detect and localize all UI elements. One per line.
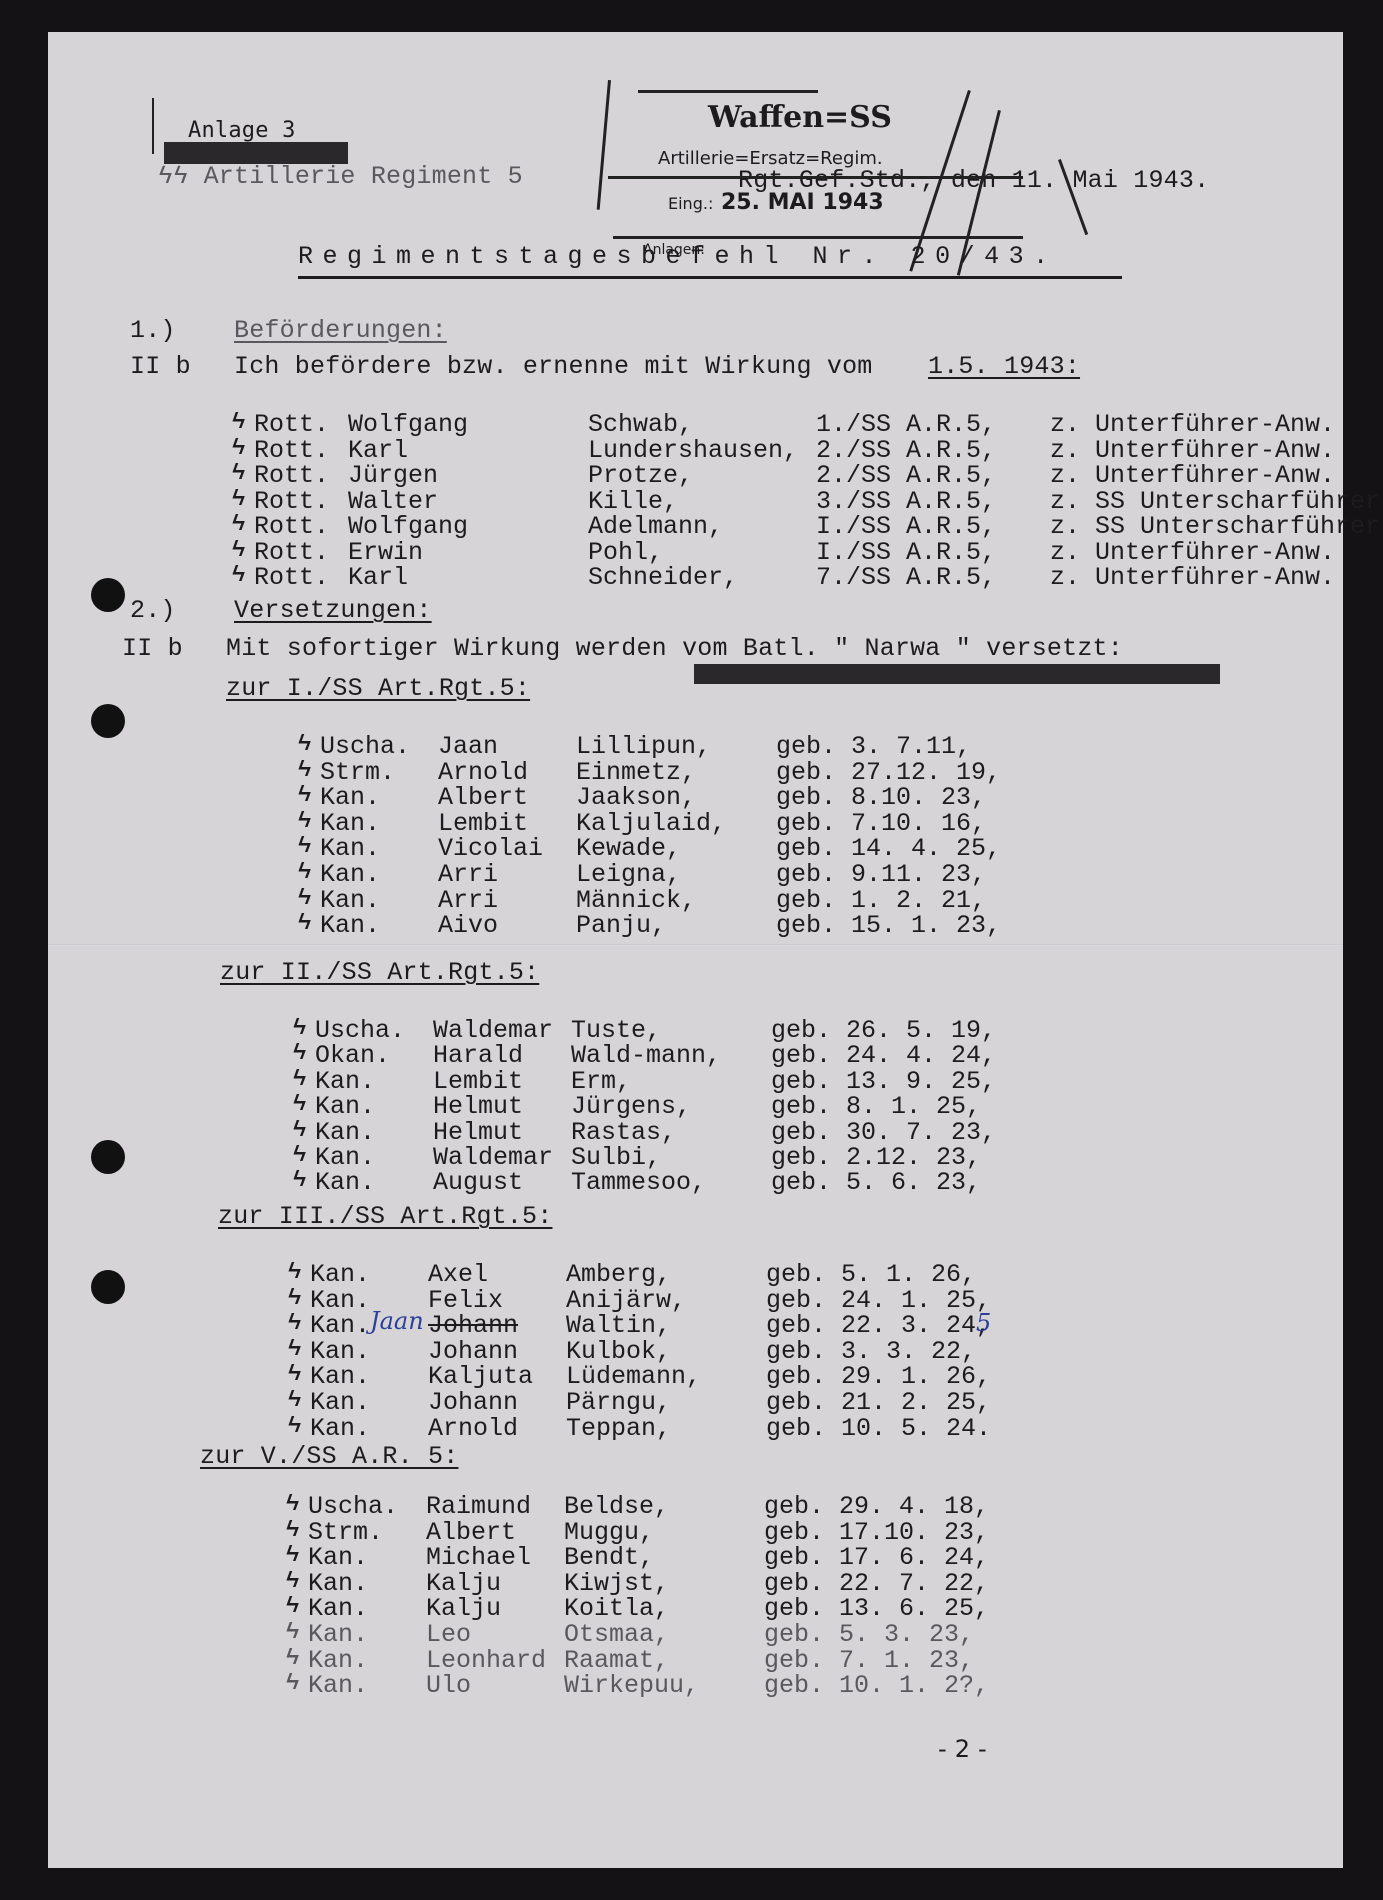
ss-rune-icon: ϟ bbox=[298, 783, 311, 808]
ss-rune-icon: ϟ bbox=[286, 1543, 299, 1568]
transfer-row: ϟKan.AivoPanju,geb. 15. 1. 23, bbox=[298, 911, 1198, 937]
ss-rune-icon: ϟ bbox=[298, 732, 311, 757]
ss-rune-icon: ϟ bbox=[286, 1620, 299, 1645]
ss-rune-icon: ϟ bbox=[232, 538, 245, 563]
stamp-date: Eing.: 25. MAI 1943 bbox=[668, 190, 884, 215]
last-name: Teppan, bbox=[566, 1414, 671, 1443]
handwritten-year-correction: 5 bbox=[976, 1309, 991, 1337]
ss-rune-icon: ϟ bbox=[232, 563, 245, 588]
transfer-row: ϟKan.ArnoldTeppan,geb. 10. 5. 24. bbox=[288, 1414, 1188, 1440]
ss-rune-icon: ϟ bbox=[293, 1041, 306, 1066]
transfer-row: ϟKan.KaljuKiwjst,geb. 22. 7. 22, bbox=[286, 1569, 1186, 1595]
ss-rune-icon: ϟ bbox=[293, 1118, 306, 1143]
section2-intro-prefix: II b bbox=[122, 636, 183, 662]
last-name: Tammesoo, bbox=[571, 1168, 706, 1197]
ss-rune-icon: ϟ bbox=[232, 512, 245, 537]
transfer-row: ϟKan.HelmutRastas,geb. 30. 7. 23, bbox=[293, 1118, 1193, 1144]
birth-date: geb. 10. 1. 2?, bbox=[764, 1671, 989, 1700]
rank: Kan. bbox=[308, 1671, 368, 1700]
effective-date: 1.5. 1943: bbox=[928, 354, 1080, 380]
hole-punch bbox=[91, 1270, 125, 1304]
ss-rune-icon: ϟ bbox=[298, 886, 311, 911]
transfer-row: ϟKan.JohannPärngu,geb. 21. 2. 25, bbox=[288, 1388, 1188, 1414]
rank: Kan. bbox=[315, 1168, 375, 1197]
ss-rune-icon: ϟ bbox=[288, 1286, 301, 1311]
first-name: Arnold bbox=[428, 1414, 518, 1443]
section1-number: 1.) bbox=[130, 318, 176, 344]
last-name: Schneider, bbox=[588, 563, 738, 592]
ss-rune-icon: ϟ bbox=[286, 1671, 299, 1696]
transfer-row: ϟKan.LeonhardRaamat,geb. 7. 1. 23, bbox=[286, 1646, 1186, 1672]
ss-rune-icon: ϟ bbox=[232, 436, 245, 461]
ss-rune-icon: ϟ bbox=[288, 1414, 301, 1439]
ss-rune-icon: ϟ bbox=[232, 487, 245, 512]
document-title: Regimentstagesbefehl Nr. 20/43. bbox=[298, 244, 1058, 270]
ss-rune-icon: ϟ bbox=[286, 1518, 299, 1543]
handwritten-correction: Jaan bbox=[370, 1307, 424, 1335]
ss-rune-icon: ϟ bbox=[298, 834, 311, 859]
transfer-row: ϟKan.LeoOtsmaa,geb. 5. 3. 23, bbox=[286, 1620, 1186, 1646]
ss-rune-icon: ϟ bbox=[288, 1260, 301, 1285]
birth-date: geb. 5. 6. 23, bbox=[771, 1168, 981, 1197]
transfer-row: ϟKan.VicolaiKewade,geb. 14. 4. 25, bbox=[298, 834, 1198, 860]
title-underline bbox=[298, 276, 1122, 279]
section2-heading: Versetzungen: bbox=[234, 598, 432, 624]
promotion-row: ϟRott.KarlSchneider,7./SS A.R.5,z. Unter… bbox=[232, 563, 1332, 589]
first-name: Ulo bbox=[426, 1671, 471, 1700]
ss-rune-icon: ϟ bbox=[298, 860, 311, 885]
birth-date: geb. 10. 5. 24. bbox=[766, 1414, 991, 1443]
ss-rune-icon: ϟ bbox=[293, 1092, 306, 1117]
promotion-row: ϟRott.WalterKille,3./SS A.R.5,z. SS Unte… bbox=[232, 487, 1332, 513]
ss-rune-icon: ϟ bbox=[286, 1569, 299, 1594]
sender-line: ϟϟ Artillerie Regiment 5 bbox=[158, 164, 523, 190]
birth-date: geb. 15. 1. 23, bbox=[776, 911, 1001, 940]
transfer-row: ϟKan.JohannKulbok,geb. 3. 3. 22, bbox=[288, 1337, 1188, 1363]
transfer-row: ϟKan.MichaelBendt,geb. 17. 6. 24, bbox=[286, 1543, 1186, 1569]
received-stamp: Waffen=SS Artillerie=Ersatz=Regim. Eing.… bbox=[608, 90, 1048, 260]
ss-rune-icon: ϟ bbox=[293, 1067, 306, 1092]
stamp-title: Waffen=SS bbox=[708, 100, 892, 135]
transfer-row: ϟKan.LembitErm,geb. 13. 9. 25, bbox=[293, 1067, 1193, 1093]
first-name: Karl bbox=[348, 563, 408, 592]
transfer-row: ϟOkan.HaraldWald-mann,geb. 24. 4. 24, bbox=[293, 1041, 1193, 1067]
last-name: Wirkepuu, bbox=[564, 1671, 699, 1700]
transfer-row: ϟKan.AugustTammesoo,geb. 5. 6. 23, bbox=[293, 1168, 1193, 1194]
ss-rune-icon: ϟ bbox=[232, 461, 245, 486]
transfer-row: ϟUscha.RaimundBeldse,geb. 29. 4. 18, bbox=[286, 1492, 1186, 1518]
ss-rune-icon: ϟ bbox=[286, 1594, 299, 1619]
hole-punch bbox=[91, 704, 125, 738]
first-name: August bbox=[433, 1168, 523, 1197]
fold-line bbox=[48, 944, 1343, 946]
promotion-row: ϟRott.KarlLundershausen,2./SS A.R.5,z. U… bbox=[232, 436, 1332, 462]
ss-rune-icon: ϟ bbox=[293, 1143, 306, 1168]
redaction-bar bbox=[164, 142, 348, 164]
transfer-row: ϟKan.ArriMännick,geb. 1. 2. 21, bbox=[298, 886, 1198, 912]
ss-rune-icon: ϟ bbox=[298, 911, 311, 936]
transfer-row: ϟKan.HelmutJürgens,geb. 8. 1. 25, bbox=[293, 1092, 1193, 1118]
rank: Kan. bbox=[320, 911, 380, 940]
transfer-group-heading: zur III./SS Art.Rgt.5: bbox=[218, 1204, 552, 1230]
transfer-row: ϟStrm.ArnoldEinmetz,geb. 27.12. 19, bbox=[298, 758, 1198, 784]
margin-bracket bbox=[152, 98, 154, 154]
rank: Kan. bbox=[310, 1414, 370, 1443]
transfer-row: ϟKan.ArriLeigna,geb. 9.11. 23, bbox=[298, 860, 1198, 886]
document-page: Anlage 3 ϟϟ Artillerie Regiment 5 Rgt.Ge… bbox=[48, 32, 1343, 1868]
redaction-bar bbox=[694, 664, 1220, 684]
promotion-row: ϟRott.ErwinPohl,I./SS A.R.5,z. Unterführ… bbox=[232, 538, 1332, 564]
transfer-group-heading: zur I./SS Art.Rgt.5: bbox=[226, 676, 530, 702]
ss-rune-icon: ϟ bbox=[288, 1362, 301, 1387]
transfer-row: ϟUscha.JaanLillipun,geb. 3. 7.11, bbox=[298, 732, 1198, 758]
transfer-group-heading: zur V./SS A.R. 5: bbox=[200, 1444, 458, 1470]
transfer-row: ϟStrm.AlbertMuggu,geb. 17.10. 23, bbox=[286, 1518, 1186, 1544]
rank: Rott. bbox=[254, 563, 329, 592]
section1-intro-prefix: II b bbox=[130, 354, 191, 380]
transfer-row: ϟKan.WaldemarSulbi,geb. 2.12. 23, bbox=[293, 1143, 1193, 1169]
promotion-row: ϟRott.WolfgangSchwab,1./SS A.R.5,z. Unte… bbox=[232, 410, 1332, 436]
section1-heading: Beförderungen: bbox=[234, 318, 447, 344]
transfer-row: ϟKan.AxelAmberg,geb. 5. 1. 26, bbox=[288, 1260, 1188, 1286]
section2-intro: Mit sofortiger Wirkung werden vom Batl. … bbox=[226, 636, 1123, 662]
stamp-unit: Artillerie=Ersatz=Regim. bbox=[658, 148, 883, 169]
transfer-row: ϟKan.JohannWaltin,geb. 22. 3. 24,Jaan5 bbox=[288, 1311, 1188, 1337]
promoted-to: z. Unterführer-Anw. bbox=[1050, 563, 1335, 592]
last-name: Panju, bbox=[576, 911, 666, 940]
ss-rune-icon: ϟ bbox=[288, 1311, 301, 1336]
ss-rune-icon: ϟ bbox=[298, 809, 311, 834]
page-number: - 2 - bbox=[938, 1736, 987, 1762]
transfer-row: ϟKan.AlbertJaakson,geb. 8.10. 23, bbox=[298, 783, 1198, 809]
transfer-row: ϟKan.UloWirkepuu,geb. 10. 1. 2?, bbox=[286, 1671, 1186, 1697]
signature-stroke bbox=[597, 80, 611, 210]
promotion-row: ϟRott.JürgenProtze,2./SS A.R.5,z. Unterf… bbox=[232, 461, 1332, 487]
promotion-row: ϟRott.WolfgangAdelmann,I./SS A.R.5,z. SS… bbox=[232, 512, 1332, 538]
hole-punch bbox=[91, 578, 125, 612]
hole-punch bbox=[91, 1140, 125, 1174]
attachment-label: Anlage 3 bbox=[188, 118, 296, 144]
ss-rune-icon: ϟ bbox=[232, 410, 245, 435]
section2-number: 2.) bbox=[130, 598, 176, 624]
ss-rune-icon: ϟ bbox=[288, 1388, 301, 1413]
ss-rune-icon: ϟ bbox=[286, 1646, 299, 1671]
ss-rune-icon: ϟ bbox=[288, 1337, 301, 1362]
unit: 7./SS A.R.5, bbox=[816, 563, 996, 592]
first-name: Aivo bbox=[438, 911, 498, 940]
ss-rune-icon: ϟ bbox=[293, 1016, 306, 1041]
section1-intro: Ich befördere bzw. ernenne mit Wirkung v… bbox=[234, 354, 873, 380]
transfer-row: ϟKan.KaljuKoitla,geb. 13. 6. 25, bbox=[286, 1594, 1186, 1620]
transfer-row: ϟKan.LembitKaljulaid,geb. 7.10. 16, bbox=[298, 809, 1198, 835]
transfer-row: ϟKan.KaljutaLüdemann,geb. 29. 1. 26, bbox=[288, 1362, 1188, 1388]
transfer-group-heading: zur II./SS Art.Rgt.5: bbox=[220, 960, 539, 986]
ss-rune-icon: ϟ bbox=[286, 1492, 299, 1517]
ss-rune-icon: ϟ bbox=[293, 1168, 306, 1193]
transfer-row: ϟUscha.WaldemarTuste,geb. 26. 5. 19, bbox=[293, 1016, 1193, 1042]
ss-rune-icon: ϟ bbox=[298, 758, 311, 783]
